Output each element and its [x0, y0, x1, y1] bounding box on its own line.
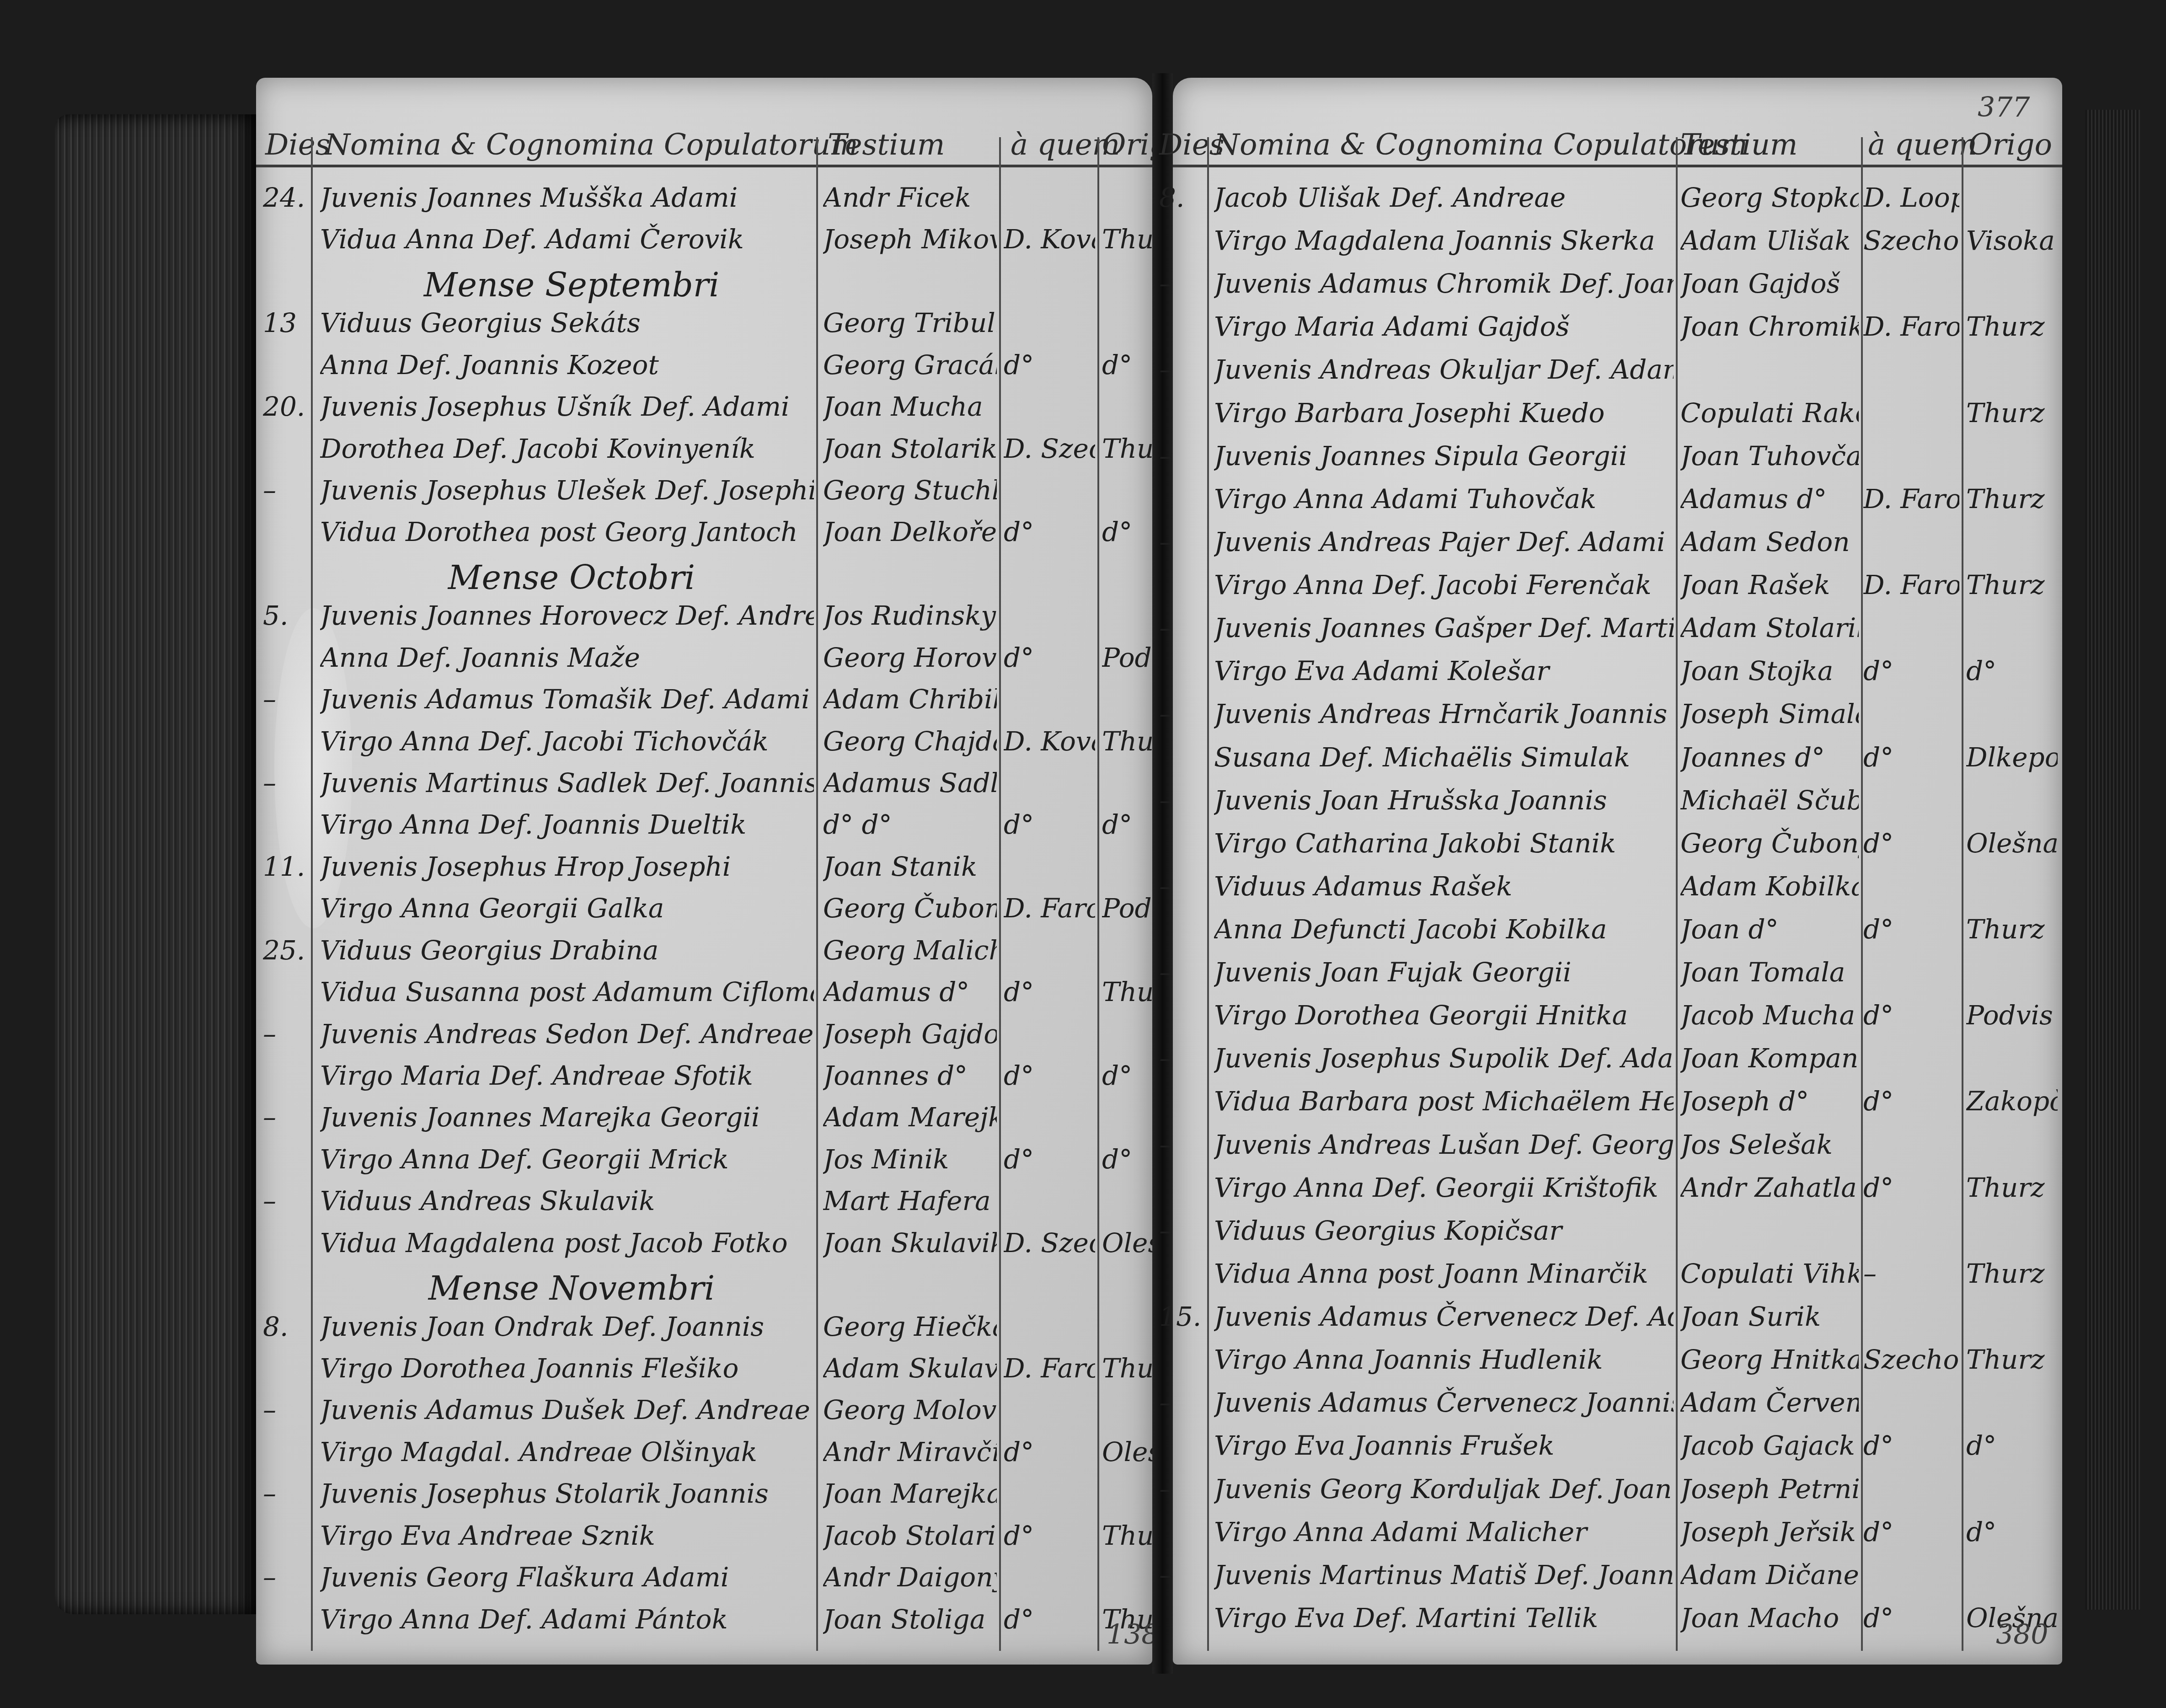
origin-cell: Thurz	[1102, 1353, 1152, 1384]
officiant-cell: D. Szecholecz	[1004, 433, 1095, 464]
names-cell: Viduus Adamus Rašek	[1214, 871, 1674, 902]
register-row: –Juvenis Andreas Okuljar Def. Adami	[1173, 346, 2062, 394]
dies-cell: 13	[263, 307, 309, 338]
dies-cell: 20.	[263, 391, 309, 422]
officiant-cell: Szecholecz	[1863, 1344, 1959, 1375]
month-label: Mense Novembri	[320, 1269, 823, 1307]
origin-cell: Thurz	[1102, 976, 1152, 1007]
left-page: Dies Nomina & Cognomina Copulatorum Test…	[256, 78, 1152, 1665]
witness-cell: Joan Tuhovčak	[1680, 440, 1859, 471]
names-cell: Virgo Anna Def. Jacobi Tichovčák	[320, 726, 814, 757]
origin-cell: d°	[1102, 516, 1152, 547]
register-row: 8.Jacob Ulišak Def. AndreaeGeorg StopkaD…	[1173, 174, 2062, 222]
witness-cell: Adam Stolarik	[1680, 612, 1859, 643]
names-cell: Virgo Anna Def. Georgii Krištofik	[1214, 1172, 1674, 1203]
register-row: Susana Def. Michaëlis SimulakJoannes d°d…	[1173, 734, 2062, 782]
header-dies: Dies	[265, 128, 331, 162]
witness-cell: Joseph Simalak	[1680, 698, 1859, 729]
names-cell: Anna Def. Joannis Maže	[320, 642, 814, 673]
officiant-cell: d°	[1004, 809, 1095, 840]
register-row: Vidua Dorothea post Georg JantochJoan De…	[256, 508, 1152, 556]
register-row: Anna Def. Joannis KozeotGeorg Gracákd°d°	[256, 341, 1152, 389]
names-cell: Juvenis Martinus Matiš Def. Joannis	[1214, 1559, 1674, 1590]
origin-cell: Thurz	[1966, 914, 2058, 945]
register-row: Virgo Dorothea Georgii HnitkaJacob Mucha…	[1173, 991, 2062, 1039]
register-row: –Viduus Adamus RašekAdam Kobilka	[1173, 862, 2062, 910]
witness-cell: Copulati Vihkokae	[1680, 1258, 1859, 1289]
register-row: 13Viduus Georgius SekátsGeorg Tribulik	[256, 299, 1152, 347]
dies-cell: –	[1159, 354, 1205, 385]
witness-cell: Jacob Stolarik	[823, 1520, 997, 1551]
register-row: –Juvenis Martinus Matiš Def. JoannisAdam…	[1173, 1551, 2062, 1599]
witness-cell: Jos Rudinsky	[823, 600, 997, 631]
dies-cell: 8.	[1159, 182, 1205, 213]
dies-cell: –	[263, 684, 309, 715]
names-cell: Juvenis Joan Fujak Georgii	[1214, 957, 1674, 988]
register-row: Virgo Dorothea Joannis FlešikoAdam Skula…	[256, 1344, 1152, 1392]
origin-cell: Thurz	[1966, 397, 2058, 428]
register-row: –Juvenis Adamus Dušek Def. AndreaeGeorg …	[256, 1386, 1152, 1434]
witness-cell: Georg Horovecz	[823, 642, 997, 673]
register-row: –Viduus Georgius Kopičsar	[1173, 1207, 2062, 1255]
register-row: Virgo Magdal. Andreae OlšinyakAndr Mirav…	[256, 1428, 1152, 1476]
left-page-number: 138	[1107, 1619, 1159, 1651]
origin-cell: Podvis	[1966, 1000, 2058, 1031]
witness-cell: Adamus d°	[1680, 483, 1859, 514]
witness-cell: Jos Minik	[823, 1144, 997, 1175]
officiant-cell: d°	[1863, 1086, 1959, 1117]
witness-cell: Adamus Sadlek	[823, 767, 997, 798]
witness-cell: Joan Rašek	[1680, 569, 1859, 600]
names-cell: Virgo Anna Def. Jacobi Ferenčak	[1214, 569, 1674, 600]
origin-cell: d°	[1966, 1430, 2058, 1461]
origin-cell: Thurz	[1102, 1520, 1152, 1551]
origin-cell: d°	[1102, 809, 1152, 840]
witness-cell: Joan Gajdoš	[1680, 268, 1859, 299]
witness-cell: Georg Gracák	[823, 349, 997, 380]
dies-cell: –	[1159, 1129, 1205, 1160]
origin-cell: Olešna	[1102, 1436, 1152, 1467]
names-cell: Virgo Barbara Josephi Kuedo	[1214, 397, 1674, 428]
names-cell: Juvenis Joannes Horovecz Def. Andreae	[320, 600, 814, 631]
names-cell: Juvenis Josephus Ušník Def. Adami	[320, 391, 814, 422]
witness-cell: Georg Tribulik	[823, 307, 997, 338]
right-page-number-bottom: 380	[1996, 1619, 2048, 1651]
names-cell: Virgo Magdal. Andreae Olšinyak	[320, 1436, 814, 1467]
witness-cell: Jacob Gajack	[1680, 1430, 1859, 1461]
register-row: Virgo Anna Georgii GalkaGeorg ČubonyD. F…	[256, 884, 1152, 932]
names-cell: Viduus Andreas Skulavik	[320, 1185, 814, 1216]
witness-cell: Georg Hiečka	[823, 1311, 997, 1342]
officiant-cell: d°	[1863, 1172, 1959, 1203]
register-row: –Juvenis Josephus Ulešek Def. JosephiGeo…	[256, 466, 1152, 514]
officiant-cell: d°	[1863, 1430, 1959, 1461]
names-cell: Juvenis Josephus Ulešek Def. Josephi	[320, 475, 814, 506]
officiant-cell: d°	[1004, 1060, 1095, 1091]
names-cell: Virgo Eva Def. Martini Tellik	[1214, 1602, 1674, 1633]
dies-cell: 15.	[1159, 1301, 1205, 1332]
officiant-cell: D. Kováts	[1004, 224, 1095, 255]
dies-cell: –	[1159, 268, 1205, 299]
dies-cell: –	[1159, 1473, 1205, 1505]
origin-cell: d°	[1102, 1060, 1152, 1091]
register-row: 5.Juvenis Joannes Horovecz Def. AndreaeJ…	[256, 592, 1152, 640]
names-cell: Juvenis Andreas Pajer Def. Adami	[1214, 526, 1674, 557]
register-row: –Juvenis Adamus Červenecz JoannisAdam Če…	[1173, 1379, 2062, 1427]
register-row: –Juvenis Andreas Hrnčarik JoannisJoseph …	[1173, 690, 2062, 738]
right-page: 377 Dies Nomina & Cognomina Copulatorum …	[1173, 78, 2062, 1665]
register-row: –Juvenis Georg Korduljak Def. JoannisJos…	[1173, 1465, 2062, 1513]
dies-cell: –	[263, 1478, 309, 1509]
dies-cell: –	[1159, 1043, 1205, 1074]
officiant-cell: d°	[1863, 828, 1959, 859]
witness-cell: Adam Dičanek	[1680, 1559, 1859, 1590]
origin-cell: Thurz	[1966, 1172, 2058, 1203]
witness-cell: Joan Stanik	[823, 851, 997, 882]
register-row: –Juvenis Joan Fujak GeorgiiJoan Tomala	[1173, 948, 2062, 996]
officiant-cell: D. Faroch	[1004, 893, 1095, 924]
header-nomina: Nomina & Cognomina Copulatorum	[325, 128, 858, 162]
names-cell: Virgo Magdalena Joannis Skerka	[1214, 225, 1674, 256]
names-cell: Virgo Maria Adami Gajdoš	[1214, 311, 1674, 342]
officiant-cell: d°	[1004, 1144, 1095, 1175]
dies-cell: –	[1159, 871, 1205, 902]
names-cell: Virgo Anna Georgii Galka	[320, 893, 814, 924]
names-cell: Susana Def. Michaëlis Simulak	[1214, 742, 1674, 773]
witness-cell: Andr Daigony	[823, 1562, 997, 1593]
names-cell: Juvenis Adamus Červenecz Joannis	[1214, 1387, 1674, 1418]
witness-cell: Joan d°	[1680, 914, 1859, 945]
names-cell: Juvenis Joan Ondrak Def. Joannis	[320, 1311, 814, 1342]
header-testium: Testium	[828, 128, 945, 162]
witness-cell: Andr Miravčík	[823, 1436, 997, 1467]
register-row: –Juvenis Josephus Supolik Def. AdamiJoan…	[1173, 1034, 2062, 1082]
names-cell: Dorothea Def. Jacobi Kovinyeník	[320, 433, 814, 464]
dies-cell: –	[1159, 526, 1205, 557]
witness-cell: Andr Ficek	[823, 182, 997, 213]
officiant-cell: D. Faroch	[1004, 1353, 1095, 1384]
witness-cell: Jacob Mucha	[1680, 1000, 1859, 1031]
witness-cell: Joan Chromik	[1680, 311, 1859, 342]
origin-cell: Zakopče	[1966, 1086, 2058, 1117]
origin-cell: Olešna	[1966, 828, 2058, 859]
register-row: 11.Juvenis Josephus Hrop JosephiJoan Sta…	[256, 843, 1152, 891]
names-cell: Virgo Maria Def. Andreae Sfotik	[320, 1060, 814, 1091]
dies-cell: –	[263, 1394, 309, 1425]
names-cell: Viduus Georgius Sekáts	[320, 307, 814, 338]
dies-cell: 25.	[263, 935, 309, 966]
witness-cell: Georg Hnitka	[1680, 1344, 1859, 1375]
witness-cell: Joan Stojka	[1680, 655, 1859, 686]
dies-cell: –	[1159, 440, 1205, 471]
dies-cell: 24.	[263, 182, 309, 213]
officiant-cell: D. Szecholecz	[1004, 1227, 1095, 1258]
witness-cell: Georg Stuchlik	[823, 475, 997, 506]
register-row: –Viduus Andreas SkulavikMart Hafera	[256, 1177, 1152, 1225]
register-row: Virgo Eva Andreae SznikJacob Stolarikd°T…	[256, 1512, 1152, 1560]
names-cell: Viduus Georgius Kopičsar	[1214, 1215, 1674, 1246]
origin-cell: Thurz	[1966, 483, 2058, 514]
names-cell: Juvenis Adamus Červenecz Def. Adami	[1214, 1301, 1674, 1332]
origin-cell: Thurz	[1966, 311, 2058, 342]
officiant-cell: d°	[1863, 1516, 1959, 1547]
witness-cell: Joseph Petrnik	[1680, 1473, 1859, 1505]
witness-cell: Georg Čubony	[1680, 828, 1859, 859]
names-cell: Juvenis Josephus Hrop Josephi	[320, 851, 814, 882]
origin-cell: d°	[1102, 1144, 1152, 1175]
origin-cell: Thurz	[1102, 224, 1152, 255]
header-nomina: Nomina & Cognomina Copulatorum	[1214, 128, 1748, 162]
names-cell: Vidua Anna post Joann Minarčik	[1214, 1258, 1674, 1289]
dies-cell: –	[263, 1562, 309, 1593]
header-a-quem: à quem	[1868, 128, 1977, 162]
register-row: –Juvenis Joannes Marejka GeorgiiAdam Mar…	[256, 1093, 1152, 1141]
officiant-cell: d°	[1004, 516, 1095, 547]
names-cell: Vidua Anna Def. Adami Čerovik	[320, 224, 814, 255]
register-row: –Juvenis Andreas Sedon Def. AndreaeJosep…	[256, 1010, 1152, 1058]
month-heading: Mense Novembri	[256, 1261, 1152, 1309]
register-row: 24.Juvenis Joannes Mušška AdamiAndr Fice…	[256, 174, 1152, 222]
register-row: Virgo Barbara Josephi KuedoCopulati Rako…	[1173, 389, 2062, 437]
names-cell: Juvenis Andreas Sedon Def. Andreae	[320, 1018, 814, 1049]
officiant-cell: D. Faroch	[1863, 569, 1959, 600]
officiant-cell: d°	[1863, 1602, 1959, 1633]
origin-cell: Thurz	[1102, 433, 1152, 464]
names-cell: Virgo Anna Joannis Hudlenik	[1214, 1344, 1674, 1375]
origin-cell: Podvis	[1102, 893, 1152, 924]
names-cell: Juvenis Joannes Gašper Def. Martini	[1214, 612, 1674, 643]
register-row: Virgo Maria Def. Andreae SfotikJoannes d…	[256, 1052, 1152, 1100]
origin-cell: Visoka	[1966, 225, 2058, 256]
officiant-cell: d°	[1004, 1604, 1095, 1635]
officiant-cell: d°	[1004, 349, 1095, 380]
names-cell: Virgo Anna Def. Georgii Mrick	[320, 1144, 814, 1175]
officiant-cell: d°	[1004, 1436, 1095, 1467]
register-row: Vidua Susanna post Adamum CiflomarikAdam…	[256, 968, 1152, 1016]
officiant-cell: D. Loop	[1863, 182, 1959, 213]
month-heading: Mense Octobri	[256, 550, 1152, 598]
officiant-cell: d°	[1863, 1000, 1959, 1031]
names-cell: Juvenis Adamus Chromik Def. Joannis	[1214, 268, 1674, 299]
witness-cell: Joan Kompanek	[1680, 1043, 1859, 1074]
names-cell: Anna Defuncti Jacobi Kobilka	[1214, 914, 1674, 945]
witness-cell: Georg Stopka	[1680, 182, 1859, 213]
register-row: Virgo Anna Def. Jacobi TichovčákGeorg Ch…	[256, 717, 1152, 766]
header-testium: Testium	[1680, 128, 1798, 162]
witness-cell: Adam Skulavik	[823, 1353, 997, 1384]
month-label: Mense Septembri	[320, 266, 823, 304]
register-row: Anna Defuncti Jacobi KobilkaJoan d°d°Thu…	[1173, 905, 2062, 953]
officiant-cell: d°	[1863, 655, 1959, 686]
names-cell: Vidua Dorothea post Georg Jantoch	[320, 516, 814, 547]
register-row: –Juvenis Andreas Lušan Def. GeorgiiJos S…	[1173, 1121, 2062, 1169]
dies-cell: –	[1159, 1559, 1205, 1590]
header-origo: Origo	[1968, 128, 2052, 162]
witness-cell: Joan Macho	[1680, 1602, 1859, 1633]
witness-cell: Joan Mucha	[823, 391, 997, 422]
dies-cell: –	[263, 1018, 309, 1049]
witness-cell: Copulati Rakovae	[1680, 397, 1859, 428]
origin-cell: d°	[1966, 1516, 2058, 1547]
names-cell: Vidua Barbara post Michaëlem Hečko	[1214, 1086, 1674, 1117]
dies-cell: –	[1159, 785, 1205, 816]
officiant-cell: d°	[1004, 976, 1095, 1007]
officiant-cell: d°	[1863, 914, 1959, 945]
witness-cell: Adamus d°	[823, 976, 997, 1007]
register-row: Virgo Anna Adami MalicherJoseph Jeřsikd°…	[1173, 1508, 2062, 1556]
origin-cell: d°	[1966, 655, 2058, 686]
register-row: Virgo Anna Def. Jacobi FerenčakJoan Raše…	[1173, 561, 2062, 609]
register-row: Virgo Maria Adami GajdošJoan ChromikD. F…	[1173, 303, 2062, 351]
left-header-row: Dies Nomina & Cognomina Copulatorum Test…	[256, 105, 1152, 167]
dies-cell: –	[1159, 612, 1205, 643]
register-row: –Juvenis Martinus Sadlek Def. JoannisAda…	[256, 759, 1152, 807]
right-header-row: Dies Nomina & Cognomina Copulatorum Test…	[1173, 105, 2062, 167]
names-cell: Virgo Catharina Jakobi Stanik	[1214, 828, 1674, 859]
officiant-cell: d°	[1004, 1520, 1095, 1551]
witness-cell: Joan Stoliga	[823, 1604, 997, 1635]
dies-cell: –	[263, 475, 309, 506]
witness-cell: Joseph Gajdoš	[823, 1018, 997, 1049]
register-row: Virgo Eva Def. Martini TellikJoan Machod…	[1173, 1594, 2062, 1642]
witness-cell: Joseph d°	[1680, 1086, 1859, 1117]
register-row: Vidua Magdalena post Jacob FotkoJoan Sku…	[256, 1219, 1152, 1267]
names-cell: Virgo Eva Joannis Frušek	[1214, 1430, 1674, 1461]
officiant-cell: D. Faroch	[1863, 311, 1959, 342]
names-cell: Juvenis Georg Korduljak Def. Joannis	[1214, 1473, 1674, 1505]
witness-cell: Adam Červenecz	[1680, 1387, 1859, 1418]
dies-cell: –	[1159, 698, 1205, 729]
names-cell: Juvenis Adamus Dušek Def. Andreae	[320, 1394, 814, 1425]
names-cell: Viduus Georgius Drabina	[320, 935, 814, 966]
names-cell: Virgo Dorothea Joannis Flešiko	[320, 1353, 814, 1384]
witness-cell: Joan Skulavik	[823, 1227, 997, 1258]
dies-cell: –	[1159, 1387, 1205, 1418]
names-cell: Juvenis Georg Flaškura Adami	[320, 1562, 814, 1593]
names-cell: Virgo Dorothea Georgii Hnitka	[1214, 1000, 1674, 1031]
origin-cell: Thurz	[1966, 1344, 2058, 1375]
witness-cell: d° d°	[823, 809, 997, 840]
dies-cell: –	[263, 767, 309, 798]
dies-cell: 8.	[263, 1311, 309, 1342]
witness-cell: Joan Delkořek	[823, 516, 997, 547]
book-back-cover-edge	[2085, 110, 2140, 1610]
origin-cell: Thurz	[1966, 1258, 2058, 1289]
names-cell: Juvenis Martinus Sadlek Def. Joannis	[320, 767, 814, 798]
register-row: –Juvenis Georg Flaškura AdamiAndr Daigon…	[256, 1553, 1152, 1601]
witness-cell: Andr Zahatlan	[1680, 1172, 1859, 1203]
witness-cell: Mart Hafera	[823, 1185, 997, 1216]
register-row: –Juvenis Andreas Pajer Def. AdamiAdam Se…	[1173, 518, 2062, 566]
witness-cell: Adam Chribik	[823, 684, 997, 715]
names-cell: Juvenis Joannes Marejka Georgii	[320, 1102, 814, 1133]
register-row: Virgo Anna Def. Adami PántokJoan Stoliga…	[256, 1596, 1152, 1644]
officiant-cell: Szecholecz	[1863, 225, 1959, 256]
dies-cell: –	[263, 1102, 309, 1133]
witness-cell: Michaël Sčubony	[1680, 785, 1859, 816]
names-cell: Virgo Anna Def. Joannis Dueltik	[320, 809, 814, 840]
origin-cell: Podvis	[1102, 642, 1152, 673]
names-cell: Virgo Eva Adami Kolešar	[1214, 655, 1674, 686]
names-cell: Virgo Eva Andreae Sznik	[320, 1520, 814, 1551]
register-row: Virgo Catharina Jakobi StanikGeorg Čubon…	[1173, 819, 2062, 867]
names-cell: Juvenis Josephus Stolarik Joannis	[320, 1478, 814, 1509]
names-cell: Virgo Anna Adami Malicher	[1214, 1516, 1674, 1547]
dies-cell: 5.	[263, 600, 309, 631]
officiant-cell: –	[1863, 1258, 1959, 1289]
register-row: –Juvenis Adamus Chromik Def. JoannisJoan…	[1173, 260, 2062, 308]
dies-cell: –	[1159, 1215, 1205, 1246]
witness-cell: Joan Stolarik	[823, 433, 997, 464]
names-cell: Juvenis Andreas Hrnčarik Joannis	[1214, 698, 1674, 729]
register-row: Vidua Anna post Joann MinarčikCopulati V…	[1173, 1250, 2062, 1298]
origin-cell: Dlkepol	[1966, 742, 2058, 773]
names-cell: Virgo Anna Def. Adami Pántok	[320, 1604, 814, 1635]
names-cell: Juvenis Adamus Tomašik Def. Adami	[320, 684, 814, 715]
register-row: 20.Juvenis Josephus Ušník Def. AdamiJoan…	[256, 383, 1152, 431]
month-label: Mense Octobri	[320, 558, 823, 597]
witness-cell: Adam Ulišak	[1680, 225, 1859, 256]
register-row: –Juvenis Josephus Stolarik JoannisJoan M…	[256, 1470, 1152, 1518]
register-row: Virgo Eva Joannis FrušekJacob Gajackd°d°	[1173, 1422, 2062, 1470]
register-row: –Juvenis Joannes Sipula GeorgiiJoan Tuho…	[1173, 432, 2062, 480]
witness-cell: Georg Chajda	[823, 726, 997, 757]
officiant-cell: D. Kováts	[1004, 726, 1095, 757]
register-row: Anna Def. Joannis MažeGeorg Horoveczd°Po…	[256, 634, 1152, 682]
names-cell: Juvenis Joannes Mušška Adami	[320, 182, 814, 213]
origin-cell: Thurz	[1102, 726, 1152, 757]
register-row: –Juvenis Joannes Gašper Def. MartiniAdam…	[1173, 604, 2062, 652]
dies-cell: –	[263, 1185, 309, 1216]
register-row: Virgo Anna Def. Georgii MrickJos Minikd°…	[256, 1135, 1152, 1183]
names-cell: Virgo Anna Adami Tuhovčak	[1214, 483, 1674, 514]
register-row: Virgo Magdalena Joannis SkerkaAdam Uliša…	[1173, 217, 2062, 265]
register-row: Vidua Anna Def. Adami ČerovikJoseph Miko…	[256, 215, 1152, 263]
register-row: Dorothea Def. Jacobi KovinyeníkJoan Stol…	[256, 425, 1152, 473]
witness-cell: Jos Selešak	[1680, 1129, 1859, 1160]
officiant-cell: D. Faroch	[1863, 483, 1959, 514]
register-row: 8.Juvenis Joan Ondrak Def. JoannisGeorg …	[256, 1303, 1152, 1351]
witness-cell: Joannes d°	[823, 1060, 997, 1091]
origin-cell: d°	[1102, 349, 1152, 380]
witness-cell: Joan Marejka	[823, 1478, 997, 1509]
witness-cell: Adam Sedon	[1680, 526, 1859, 557]
dies-cell: 11.	[263, 851, 309, 882]
officiant-cell: d°	[1004, 642, 1095, 673]
names-cell: Vidua Susanna post Adamum Ciflomarik	[320, 976, 814, 1007]
register-row: –Juvenis Adamus Tomašik Def. AdamiAdam C…	[256, 675, 1152, 723]
names-cell: Jacob Ulišak Def. Andreae	[1214, 182, 1674, 213]
names-cell: Anna Def. Joannis Kozeot	[320, 349, 814, 380]
names-cell: Juvenis Joan Hrušska Joannis	[1214, 785, 1674, 816]
names-cell: Vidua Magdalena post Jacob Fotko	[320, 1227, 814, 1258]
month-heading: Mense Septembri	[256, 257, 1152, 305]
book-page-edges	[55, 114, 256, 1614]
register-row: 25.Viduus Georgius DrabinaGeorg Malicher	[256, 926, 1152, 974]
origin-cell: Thurz	[1966, 569, 2058, 600]
register-row: Virgo Anna Def. Joannis Dueltikd° d°d°d°	[256, 801, 1152, 849]
register-row: Virgo Anna Def. Georgii KrištofikAndr Za…	[1173, 1164, 2062, 1212]
witness-cell: Adam Kobilka	[1680, 871, 1859, 902]
witness-cell: Joannes d°	[1680, 742, 1859, 773]
names-cell: Juvenis Andreas Okuljar Def. Adami	[1214, 354, 1674, 385]
officiant-cell: d°	[1863, 742, 1959, 773]
names-cell: Juvenis Andreas Lušan Def. Georgii	[1214, 1129, 1674, 1160]
witness-cell: Georg Malicher	[823, 935, 997, 966]
witness-cell: Joseph Mikovčák	[823, 224, 997, 255]
witness-cell: Georg Čubony	[823, 893, 997, 924]
dies-cell: –	[1159, 957, 1205, 988]
